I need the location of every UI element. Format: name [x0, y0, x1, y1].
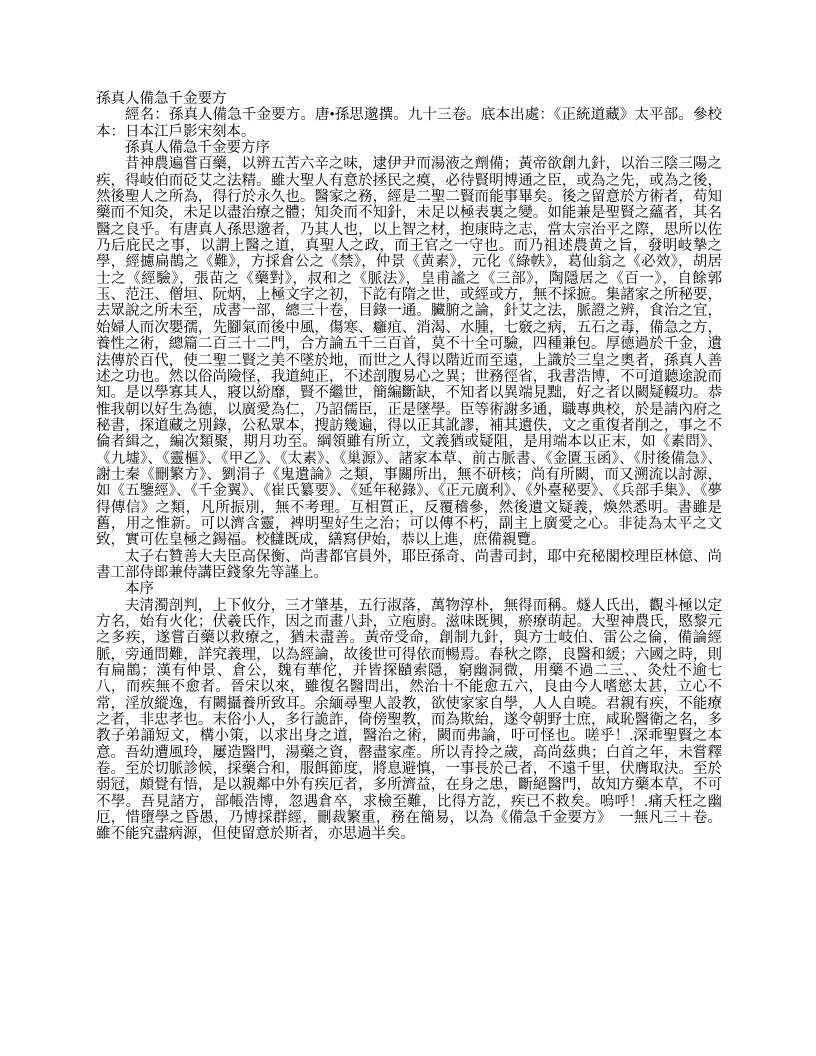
document-page: 孫真人備急千金要方 經名：孫真人備急千金要方。唐•孫思邈撰。九十三卷。底本出處：… — [0, 0, 816, 1056]
paragraph: 昔神農遍嘗百藥，以辨五苦六辛之味，逮伊尹而湯液之劑備；黃帝欲創九針，以治三陰三陽… — [96, 156, 722, 548]
paragraph: 本序 — [96, 581, 722, 597]
document-body: 經名：孫真人備急千金要方。唐•孫思邈撰。九十三卷。底本出處：《正統道藏》太平部。… — [96, 107, 722, 842]
paragraph: 孫真人備急千金要方序 — [96, 140, 722, 156]
document-title: 孫真人備急千金要方 — [96, 91, 722, 107]
paragraph: 太子右贊善大夫臣高保衡、尚書都官員外，耶臣孫奇、尚書司封，耶中充秘閣校理臣林億、… — [96, 549, 722, 582]
paragraph: 夫清濁剖判，上下攸分，三才肇基，五行淑落，萬物淳朴，無得而稱。燧人氏出，觀斗極以… — [96, 598, 722, 843]
document-content: 孫真人備急千金要方 經名：孫真人備急千金要方。唐•孫思邈撰。九十三卷。底本出處：… — [96, 91, 722, 843]
paragraph: 經名：孫真人備急千金要方。唐•孫思邈撰。九十三卷。底本出處：《正統道藏》太平部。… — [96, 107, 722, 140]
